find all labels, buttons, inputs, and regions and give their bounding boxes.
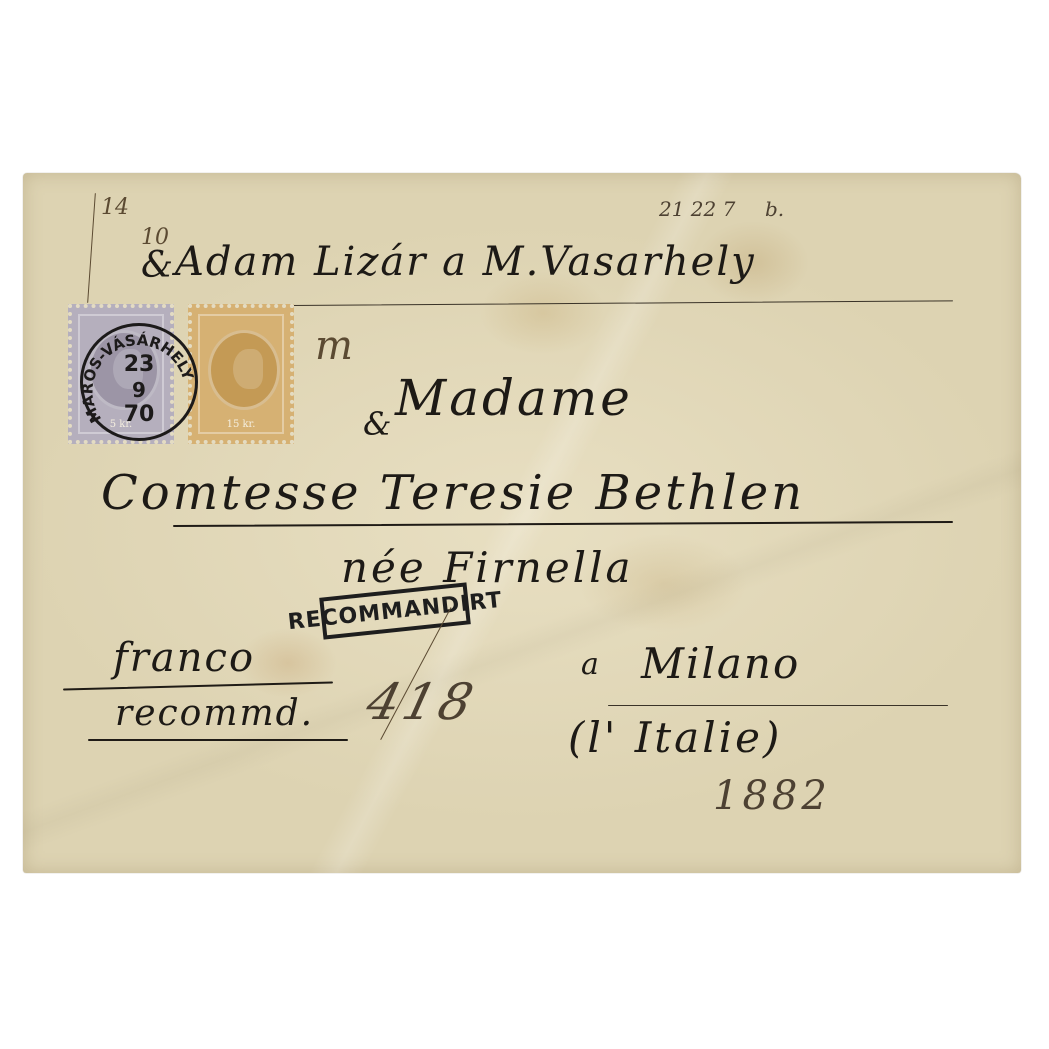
margin-mark: m [315, 323, 353, 369]
postmark-year: 70 [83, 402, 195, 427]
recommande-underline [88, 739, 348, 741]
postmark-month: 9 [83, 378, 195, 402]
sender-line: Adam Lizár a M.Vasarhely [175, 239, 756, 285]
recommande-endorsement: recommd. [115, 693, 314, 734]
postmark-day: 23 [83, 352, 195, 377]
top-right-suffix: b. [765, 197, 784, 221]
destination-underline [608, 705, 948, 706]
registration-number: 418 [361, 673, 483, 731]
destination-number: 1882 [713, 773, 831, 819]
stamp-value: 15 kr. [192, 419, 290, 430]
envelope: 14 10 21 22 7 b. & Adam Lizár a M.Vasarh… [23, 173, 1021, 873]
destination-prefix: a [581, 647, 599, 682]
addressee-line1: Comtesse Teresie Bethlen [101, 465, 805, 521]
stamp-ochre: 15 kr. [188, 304, 294, 444]
addressee-prefix: & [363, 405, 391, 443]
left-margin-pencil-line [87, 193, 96, 303]
pencil-note-numerator: 14 [101, 195, 129, 220]
sender-prefix: & [141, 245, 173, 286]
top-right-numbers: 21 22 7 [659, 197, 735, 221]
postmark-cancel: MAROS-VÁSÁRHELY 23 9 70 [80, 323, 198, 441]
sender-underline [193, 300, 953, 307]
addressee-underline [173, 521, 953, 527]
destination-city: Milano [641, 639, 800, 688]
addressee-line2: née Firnella [341, 543, 634, 592]
addressee-salutation: Madame [395, 369, 633, 427]
franco-endorsement: franco [113, 635, 255, 681]
franco-underline [63, 681, 333, 690]
destination-country: (l' Italie) [568, 713, 782, 762]
portrait-medallion [208, 330, 280, 410]
